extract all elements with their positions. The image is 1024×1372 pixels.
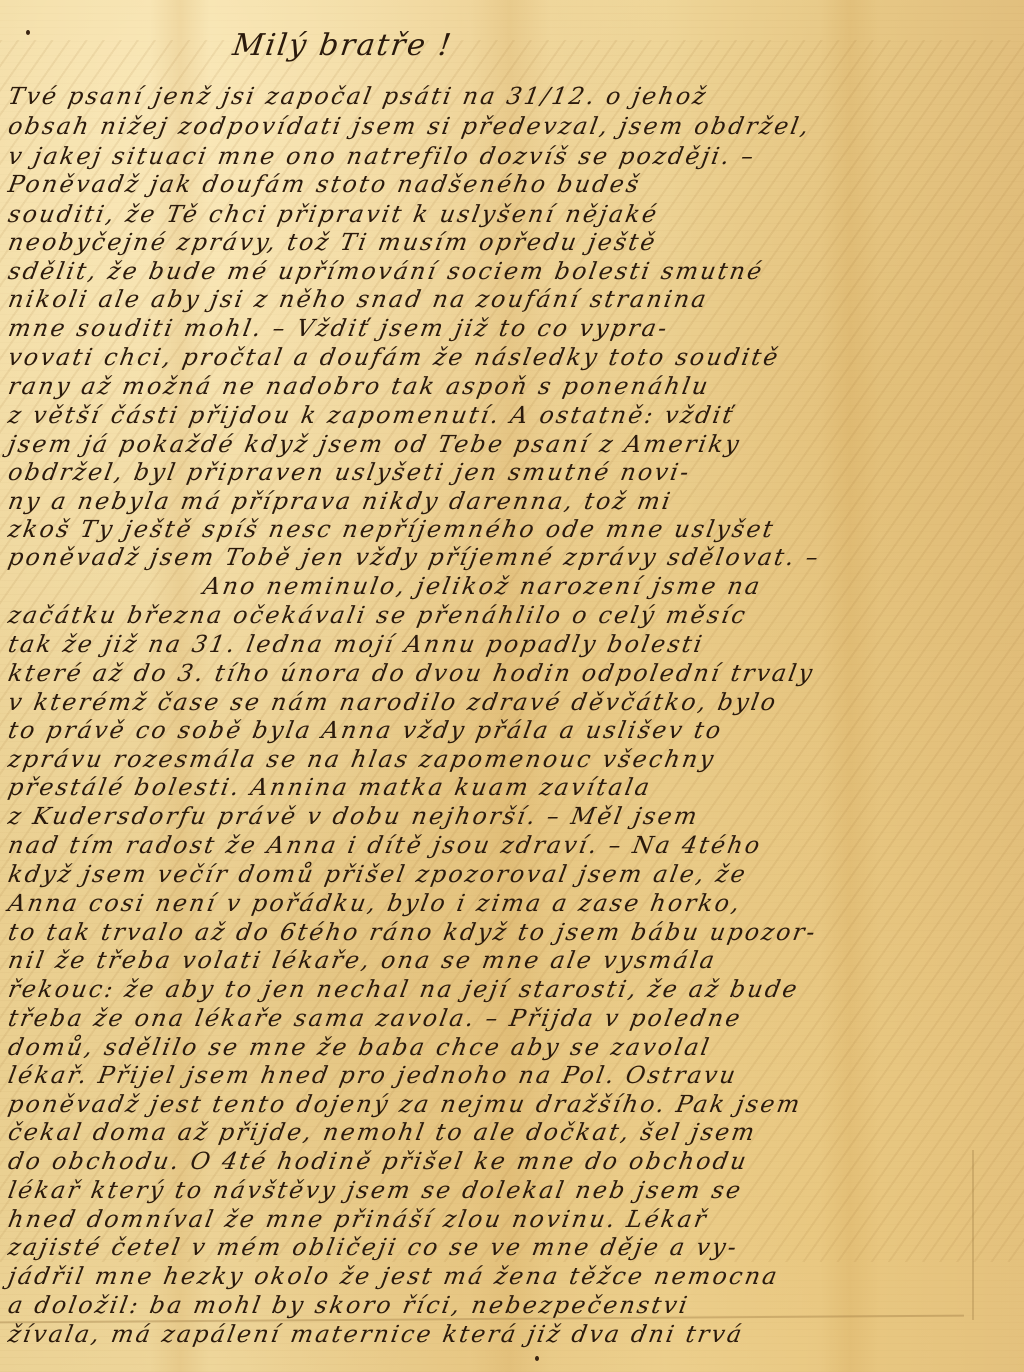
letter-line: Tvé psaní jenž jsi započal psáti na 31/1… (5, 82, 710, 116)
letter-page: Milý bratře ! Tvé psaní jenž jsi započal… (0, 0, 1024, 1372)
paper-fold-band (820, 0, 880, 1372)
ink-speck (535, 1356, 539, 1361)
letter-line: obsah nižej zodpovídati jsem si předevza… (5, 112, 813, 146)
letter-line: žívala, má zapálení maternice která již … (5, 1320, 746, 1354)
letter-line: Poněvadž jak doufám stoto nadšeného bude… (5, 170, 643, 204)
paper-edge-line (972, 1150, 974, 1320)
salutation: Milý bratře ! (231, 28, 455, 63)
ink-speck (26, 30, 30, 35)
